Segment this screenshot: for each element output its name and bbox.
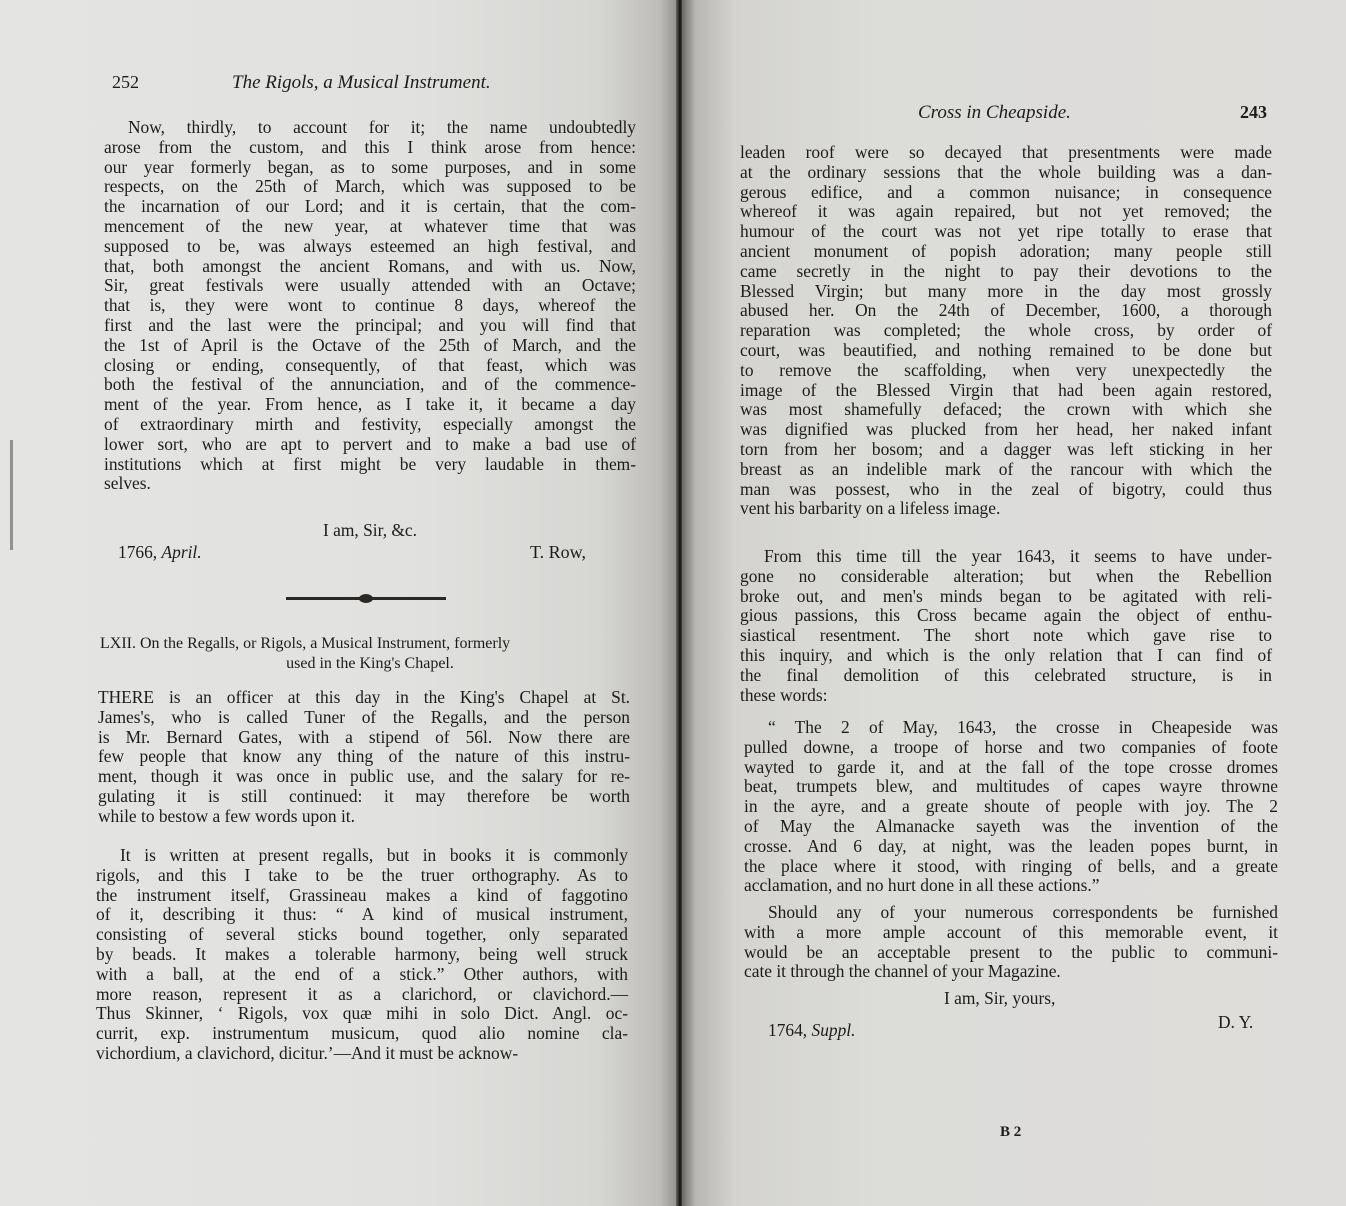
text-line: lower sort, who are apt to pervert and t…	[104, 435, 636, 455]
text-line: more reason, represent it as a clarichor…	[96, 985, 628, 1005]
text-line: Thus Skinner, ‘ Rigols, vox quæ mihi in …	[96, 1004, 628, 1024]
text-line: It is written at present regalls, but in…	[96, 846, 628, 866]
chapter-heading-line-1: LXII. On the Regalls, or Rigols, a Music…	[100, 634, 640, 654]
text-line: of May the Almanacke sayeth was the inve…	[744, 817, 1278, 837]
text-line: beat, trumpets blew, and multitudes of c…	[744, 777, 1278, 797]
text-line: by beads. It makes a tolerable harmony, …	[96, 945, 628, 965]
text-line: of it, describing it thus: “ A kind of m…	[96, 905, 628, 925]
text-line: was most shamefully defaced; the crown w…	[740, 400, 1272, 420]
left-date-year: 1766,	[118, 542, 157, 562]
left-page: 252 The Rigols, a Musical Instrument. No…	[0, 0, 680, 1206]
right-dateline: 1764, Suppl.	[768, 1020, 855, 1041]
text-line: mencement of the new year, at whatever t…	[104, 217, 636, 237]
right-quote: “ The 2 of May, 1643, the crosse in Chea…	[744, 718, 1278, 896]
text-line: torn from her bosom; and a dagger was le…	[740, 440, 1272, 460]
chapter-heading: LXII. On the Regalls, or Rigols, a Music…	[100, 634, 640, 674]
text-line: image of the Blessed Virgin that had bee…	[740, 381, 1272, 401]
text-line: our year formerly began, as to some purp…	[104, 158, 636, 178]
text-line: the instrument itself, Grassineau makes …	[96, 886, 628, 906]
text-line: ment, though it was once in public use, …	[98, 767, 630, 787]
text-line: Sir, great festivals were usually attend…	[104, 276, 636, 296]
text-line: man was possest, who in the zeal of bigo…	[740, 480, 1272, 500]
text-line: breast as an indelible mark of the ranco…	[740, 460, 1272, 480]
right-running-head: Cross in Cheapside. 243	[918, 102, 1278, 124]
text-line: closing or ending, consequently, of that…	[104, 356, 636, 376]
text-line: first and the last were the principal; a…	[104, 316, 636, 336]
right-page: Cross in Cheapside. 243 leaden roof were…	[682, 0, 1346, 1206]
text-line: with a more ample account of this memora…	[744, 923, 1278, 943]
text-line: while to bestow a few words upon it.	[98, 807, 630, 827]
text-line: the 1st of April is the Octave of the 25…	[104, 336, 636, 356]
left-page-number: 252	[112, 72, 139, 92]
text-line: gulating it is still continued: it may t…	[98, 787, 630, 807]
text-line: siastical resentment. The short note whi…	[740, 626, 1272, 646]
text-line: cate it through the channel of your Maga…	[744, 962, 1278, 982]
text-line: this inquiry, and which is the only rela…	[740, 646, 1272, 666]
text-line: was dignified was plucked from her head,…	[740, 420, 1272, 440]
text-line: gious passions, this Cross became again …	[740, 606, 1272, 626]
text-line: in the ayre, and a greate shoute of peop…	[744, 797, 1278, 817]
text-line: James's, who is called Tuner of the Rega…	[98, 708, 630, 728]
text-line: “ The 2 of May, 1643, the crosse in Chea…	[744, 718, 1278, 738]
right-page-number: 243	[1240, 102, 1267, 123]
text-line: broke out, and men's minds began to be a…	[740, 587, 1272, 607]
text-line: the place where it stood, with ringing o…	[744, 857, 1278, 877]
margin-mark	[10, 440, 13, 550]
text-line: these words:	[740, 686, 1272, 706]
left-running-title: The Rigols, a Musical Instrument.	[232, 72, 491, 94]
left-signature: T. Row,	[530, 542, 586, 563]
text-line: at the ordinary sessions that the whole …	[740, 163, 1272, 183]
text-line: crosse. And 6 day, at night, was the lea…	[744, 837, 1278, 857]
text-line: gone no considerable alteration; but whe…	[740, 567, 1272, 587]
text-line: wayted to garde it, and at the fall of t…	[744, 758, 1278, 778]
text-line: From this time till the year 1643, it se…	[740, 547, 1272, 567]
right-paragraph-3: Should any of your numerous corresponden…	[744, 903, 1278, 982]
text-line: selves.	[104, 474, 636, 494]
text-line: arose from the custom, and this I think …	[104, 138, 636, 158]
left-dateline: 1766, April.	[118, 542, 202, 563]
text-line: would be an acceptable present to the pu…	[744, 943, 1278, 963]
text-line: whereof it was again repaired, but not y…	[740, 202, 1272, 222]
text-line: ancient monument of popish adoration; ma…	[740, 242, 1272, 262]
text-line: gerous edifice, and a common nuisance; i…	[740, 183, 1272, 203]
left-date-month: April.	[162, 542, 202, 562]
right-running-title: Cross in Cheapside.	[918, 102, 1071, 123]
left-paragraph-2: THERE is an officer at this day in the K…	[98, 688, 630, 827]
text-line: Should any of your numerous corresponden…	[744, 903, 1278, 923]
text-line: to remove the scaffolding, when very une…	[740, 361, 1272, 381]
text-line: humour of the court was not yet ripe tot…	[740, 222, 1272, 242]
text-line: that is, they were wont to continue 8 da…	[104, 296, 636, 316]
text-line: rigols, and this I take to be the truer …	[96, 866, 628, 886]
text-line: both the festival of the annunciation, a…	[104, 375, 636, 395]
printer-signature-mark: B 2	[1000, 1124, 1021, 1141]
left-paragraph-1: Now, thirdly, to account for it; the nam…	[104, 118, 636, 494]
text-line: that, both amongst the ancient Romans, a…	[104, 257, 636, 277]
text-line: supposed to be, was always esteemed an h…	[104, 237, 636, 257]
text-line: Blessed Virgin; but many more in the day…	[740, 282, 1272, 302]
text-line: came secretly in the night to pay their …	[740, 262, 1272, 282]
text-line: acclamation, and no hurt done in all the…	[744, 876, 1278, 896]
right-closing: I am, Sir, yours,	[944, 988, 1055, 1009]
left-paragraph-3: It is written at present regalls, but in…	[96, 846, 628, 1064]
right-paragraph-1: leaden roof were so decayed that present…	[740, 143, 1272, 519]
left-running-head: 252 The Rigols, a Musical Instrument.	[112, 72, 532, 94]
text-line: few people that know any thing of the na…	[98, 747, 630, 767]
text-line: court, was beautified, and nothing remai…	[740, 341, 1272, 361]
text-line: with a ball, at the end of a stick.” Oth…	[96, 965, 628, 985]
right-date-suppl: Suppl.	[812, 1020, 856, 1040]
text-line: is Mr. Bernard Gates, with a stipend of …	[98, 728, 630, 748]
text-line: vichordium, a clavichord, dicitur.’—And …	[96, 1044, 628, 1064]
text-line: institutions which at first might be ver…	[104, 455, 636, 475]
text-line: pulled downe, a troope of horse and two …	[744, 738, 1278, 758]
text-line: respects, on the 25th of March, which wa…	[104, 177, 636, 197]
text-line: consisting of several sticks bound toget…	[96, 925, 628, 945]
text-line: vent his barbarity on a lifeless image.	[740, 499, 1272, 519]
text-line: currit, exp. instrumentum musicum, quod …	[96, 1024, 628, 1044]
chapter-heading-line-2: used in the King's Chapel.	[100, 654, 640, 674]
left-closing: I am, Sir, &c.	[104, 520, 636, 541]
text-line: leaden roof were so decayed that present…	[740, 143, 1272, 163]
text-line: the final demolition of this celebrated …	[740, 666, 1272, 686]
text-line: abused her. On the 24th of December, 160…	[740, 301, 1272, 321]
text-line: THERE is an officer at this day in the K…	[98, 688, 630, 708]
text-line: the incarnation of our Lord; and it is c…	[104, 197, 636, 217]
right-paragraph-2: From this time till the year 1643, it se…	[740, 547, 1272, 705]
text-line: reparation was completed; the whole cros…	[740, 321, 1272, 341]
text-line: of extraordinary mirth and festivity, es…	[104, 415, 636, 435]
book-spread: 252 The Rigols, a Musical Instrument. No…	[0, 0, 1346, 1206]
right-signature: D. Y.	[1218, 1012, 1253, 1033]
right-date-year: 1764,	[768, 1020, 807, 1040]
section-divider-ornament	[286, 597, 446, 600]
text-line: Now, thirdly, to account for it; the nam…	[104, 118, 636, 138]
text-line: ment of the year. From hence, as I take …	[104, 395, 636, 415]
